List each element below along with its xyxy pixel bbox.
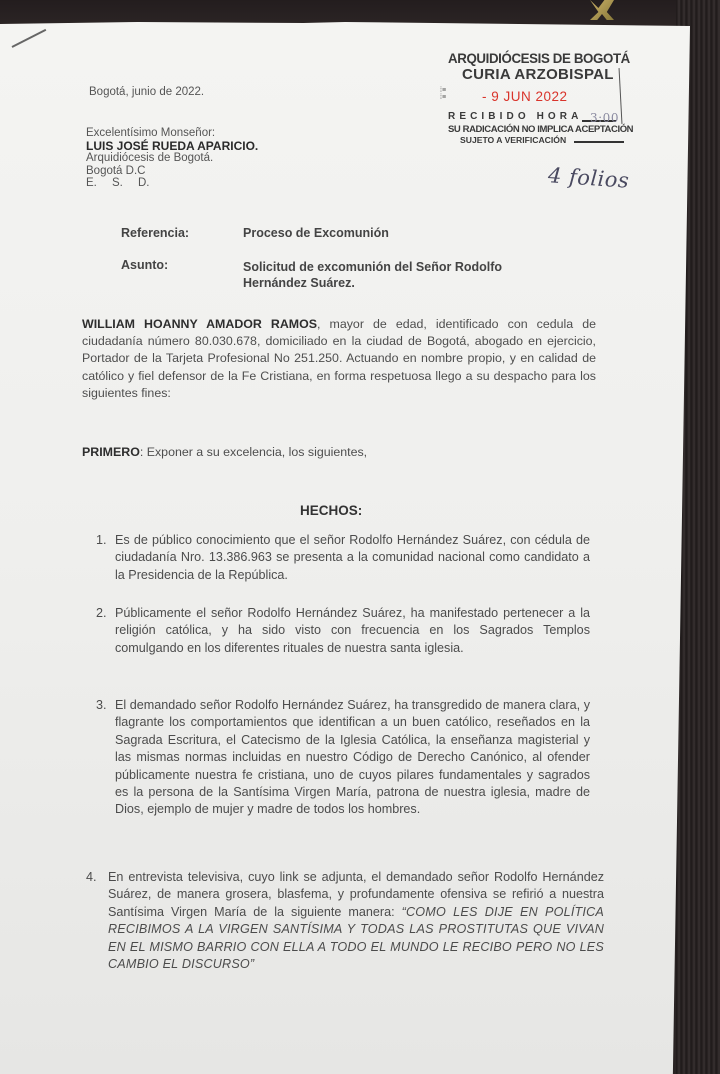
intro-paragraph: WILLIAM HOANNY AMADOR RAMOS, mayor de ed… [82,316,596,402]
date-line: Bogotá, junio de 2022. [89,86,204,99]
fact-item: 2. Públicamente el señor Rodolfo Hernánd… [96,605,590,657]
primero-paragraph: PRIMERO: Exponer a su excelencia, los si… [82,444,596,461]
recipient-name: LUIS JOSÉ RUEDA APARICIO. [86,140,258,153]
stamp-curia: CURIA ARZOBISPAL [462,66,628,83]
recipient-city: Bogotá D.C [86,165,258,178]
reception-stamp: ARQUIDIÓCESIS DE BOGOTÁ CURIA ARZOBISPAL… [448,50,628,145]
fact-item: 4. En entrevista televisiva, cuyo link s… [86,869,604,973]
stamp-note-2: SUJETO A VERIFICACIÓN [460,135,628,145]
subject-value: Solicitud de excomunión del Señor Rodolf… [243,259,502,291]
stamp-archdiocese: ARQUIDIÓCESIS DE BOGOTÁ [448,50,619,66]
petitioner-name: WILLIAM HOANNY AMADOR RAMOS [82,317,317,331]
fact-item: 3. El demandado señor Rodolfo Hernández … [96,697,590,819]
recipient-esd: E.S.D. [86,177,258,190]
reference-label: Referencia: [121,227,189,240]
stamp-marks-icon: ⁞≡⁞≡ [440,87,446,101]
recipient-salutation: Excelentísimo Monseñor: [86,127,258,140]
recipient-block: Excelentísimo Monseñor: LUIS JOSÉ RUEDA … [86,127,258,190]
fact-item: 1. Es de público conocimiento que el señ… [96,532,590,584]
recipient-institution: Arquidiócesis de Bogotá. [86,152,258,165]
reference-value: Proceso de Excomunión [243,227,389,240]
stamp-date: - 9 JUN 2022 [482,89,568,104]
handwritten-time: 3:00 [590,111,619,125]
hechos-heading: HECHOS: [300,503,362,518]
stamp-note-1: SU RADICACIÓN NO IMPLICA ACEPTACIÓN [448,124,628,135]
subject-label: Asunto: [121,259,168,272]
